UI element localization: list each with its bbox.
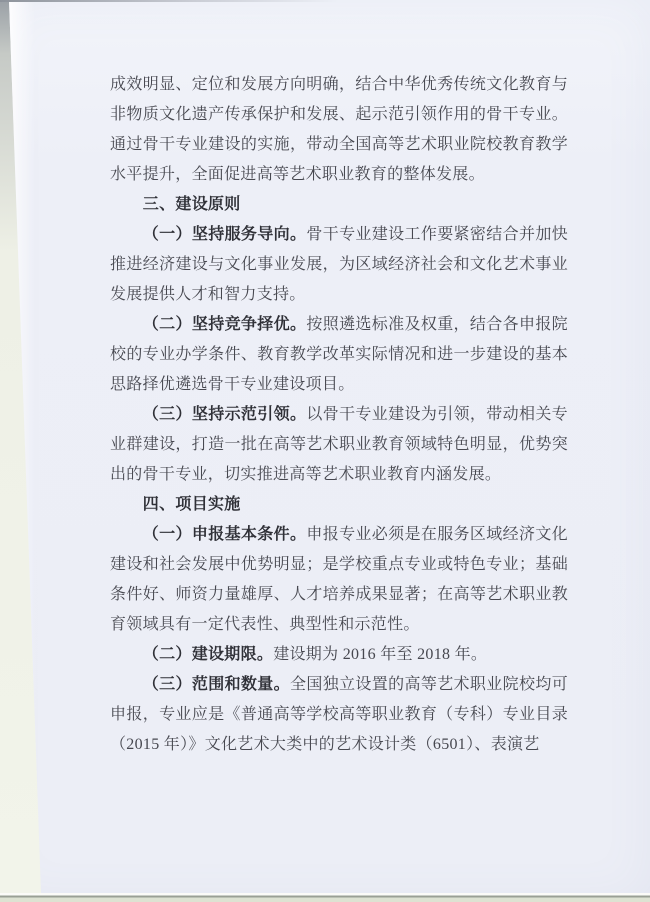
section-heading: 三、建设原则 [110, 190, 568, 220]
section-heading: 四、项目实施 [110, 490, 568, 520]
paragraph-lead: 四、项目实施 [143, 496, 241, 513]
paragraph-text: 成效明显、定位和发展方向明确，结合中华优秀传统文化教育与非物质文化遗产传承保护和… [110, 76, 568, 183]
document-text: 成效明显、定位和发展方向明确，结合中华优秀传统文化教育与非物质文化遗产传承保护和… [110, 70, 568, 760]
paragraph-lead: （二）建设期限。 [143, 646, 273, 663]
paragraph-lead: （三）坚持示范引领。 [143, 406, 307, 423]
paragraph-lead: （一）坚持服务导向。 [143, 226, 307, 243]
paragraph-lead: （三）范围和数量。 [143, 676, 290, 693]
paragraph-lead: （一）申报基本条件。 [143, 526, 307, 543]
scanned-document: { "colors": { "paper": "#edeff7", "ink":… [0, 0, 650, 902]
paragraph: （三）坚持示范引领。以骨干专业建设为引领，带动相关专业群建设，打造一批在高等艺术… [110, 400, 568, 490]
scanned-page: 成效明显、定位和发展方向明确，结合中华优秀传统文化教育与非物质文化遗产传承保护和… [0, 0, 650, 902]
scan-top-edge [0, 0, 423, 2]
paragraph: （一）坚持服务导向。骨干专业建设工作要紧密结合并加快推进经济建设与文化事业发展，… [110, 220, 568, 310]
paragraph: 成效明显、定位和发展方向明确，结合中华优秀传统文化教育与非物质文化遗产传承保护和… [110, 70, 568, 190]
paragraph: （二）建设期限。建设期为 2016 年至 2018 年。 [110, 640, 568, 670]
paragraph: （三）范围和数量。全国独立设置的高等艺术职业院校均可申报，专业应是《普通高等学校… [110, 670, 568, 760]
paragraph-lead: （二）坚持竞争择优。 [143, 316, 307, 333]
paragraph-lead: 三、建设原则 [143, 196, 241, 213]
paragraph: （一）申报基本条件。申报专业必须是在服务区域经济文化建设和社会发展中优势明显；是… [110, 520, 568, 640]
paragraph: （二）坚持竞争择优。按照遴选标准及权重，结合各申报院校的专业办学条件、教育教学改… [110, 310, 568, 400]
scan-bottom-edge [0, 893, 650, 902]
paragraph-text: 建设期为 2016 年至 2018 年。 [273, 646, 487, 663]
